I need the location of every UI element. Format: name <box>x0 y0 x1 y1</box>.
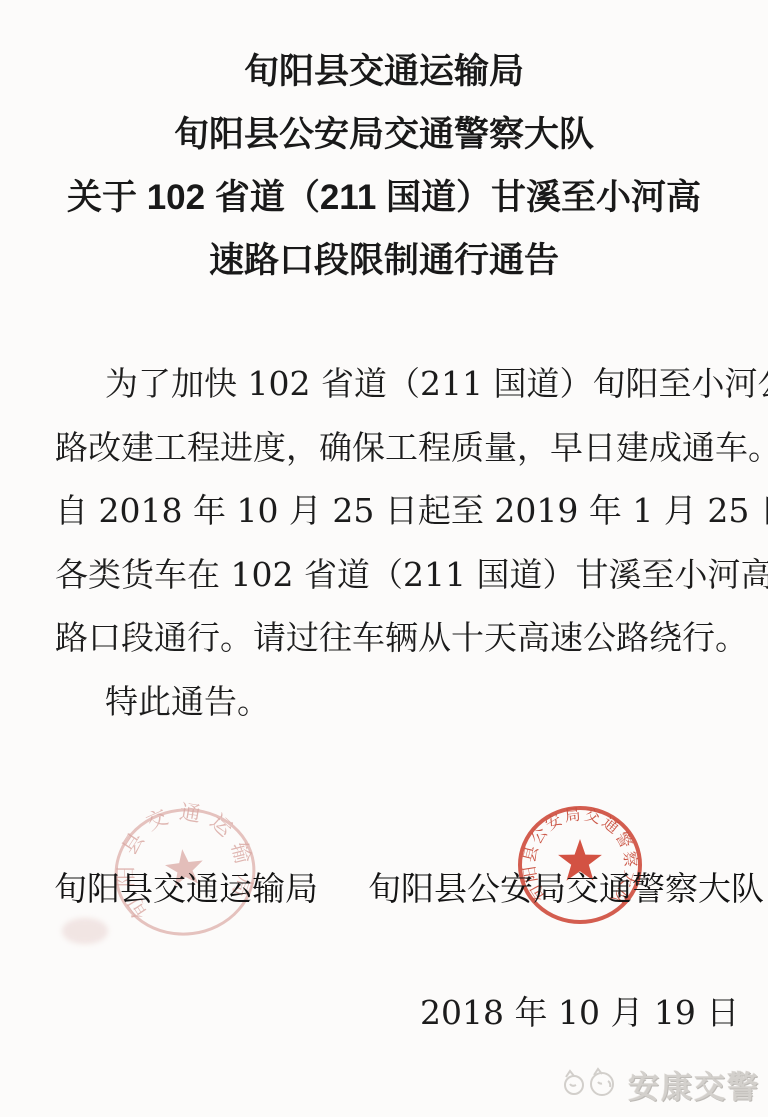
title-line-subject-1: 关于 102 省道（211 国道）甘溪至小河高 <box>0 166 768 229</box>
body-line: 自 2018 年 10 月 25 日起至 2019 年 1 月 25 日禁止 <box>55 479 748 543</box>
title-line-issuer-1: 旬阳县交通运输局 <box>0 40 768 103</box>
signature-police-brigade: 旬阳县公安局交通警察大队 <box>368 863 764 910</box>
title-line-issuer-2: 旬阳县公安局交通警察大队 <box>0 103 768 166</box>
signature-transport-bureau: 旬阳县交通运输局 <box>54 863 318 910</box>
document-body: 为了加快 102 省道（211 国道）旬阳至小河公 路改建工程进度，确保工程质量… <box>55 352 748 733</box>
body-line-closing: 特此通告。 <box>55 670 748 734</box>
body-line: 为了加快 102 省道（211 国道）旬阳至小河公 <box>55 352 748 416</box>
watermark-text: 安康交警 <box>628 1062 760 1107</box>
seal-ink-smudge <box>62 918 108 944</box>
document-title: 旬阳县交通运输局 旬阳县公安局交通警察大队 关于 102 省道（211 国道）甘… <box>0 40 768 292</box>
watermark: 安康交警 <box>560 1062 760 1107</box>
title-line-subject-2: 速路口段限制通行通告 <box>0 229 768 292</box>
body-line: 各类货车在 102 省道（211 国道）甘溪至小河高速 <box>55 543 748 607</box>
ankang-traffic-police-logo-icon <box>560 1065 622 1105</box>
notice-document: 旬阳县交通运输局 旬阳县公安局交通警察大队 关于 102 省道（211 国道）甘… <box>0 0 768 1117</box>
body-line: 路改建工程进度，确保工程质量，早日建成通车。 <box>55 416 748 480</box>
body-line: 路口段通行。请过往车辆从十天高速公路绕行。 <box>55 606 748 670</box>
document-date: 2018 年 10 月 19 日 <box>420 987 739 1034</box>
